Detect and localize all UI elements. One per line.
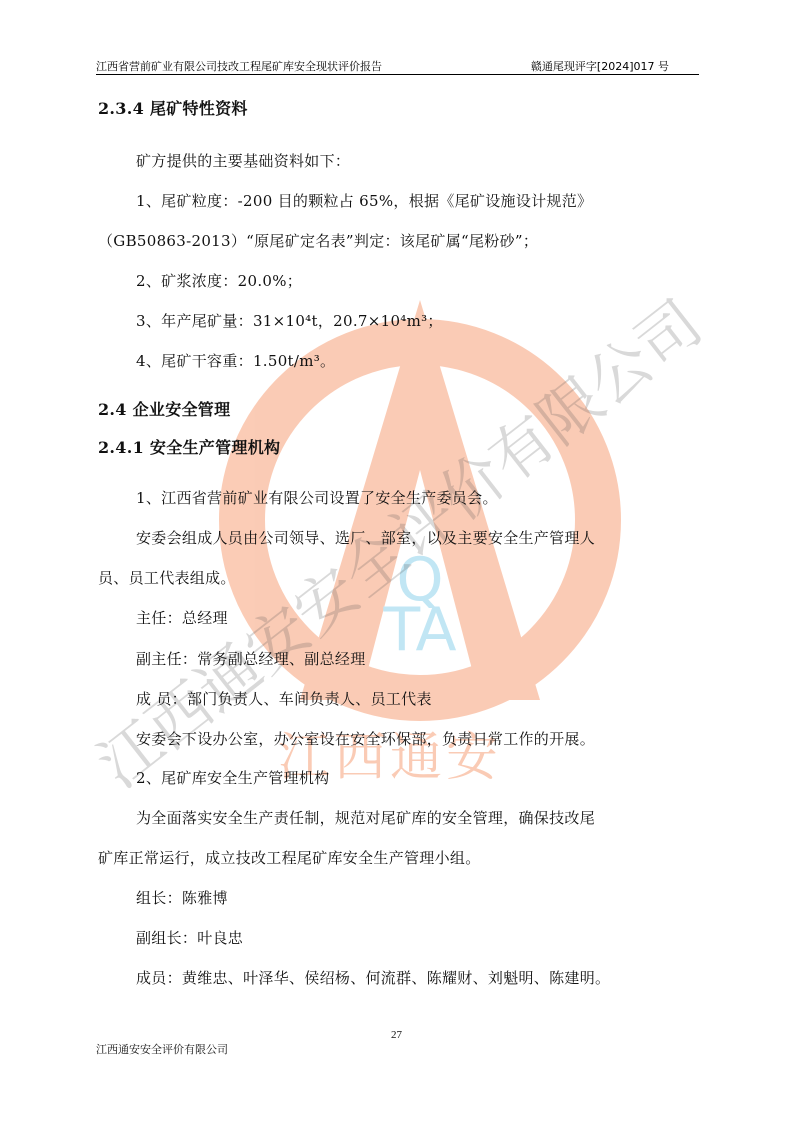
footer-company: 江西通安安全评价有限公司 (96, 1041, 228, 1057)
logo-ring-icon (242, 342, 598, 698)
report-number: 赣通尾现评字[2024]017 号 (531, 58, 669, 74)
paragraph: 安委会下设办公室，办公室设在安全环保部，负责日常工作的开展。 (136, 728, 595, 749)
paragraph: 3、年产尾矿量：31×10⁴t，20.7×10⁴m³； (136, 310, 443, 331)
paragraph: （GB50863-2013）“原尾矿定名表”判定：该尾矿属“尾粉砂”； (98, 230, 538, 251)
paragraph: 成 员：部门负责人、车间负责人、员工代表 (136, 688, 432, 709)
company-logo-watermark: Q TA 江西通安 江西通安安全评价有限公司 (0, 0, 793, 1122)
paragraph: 组长：陈雅博 (136, 887, 228, 908)
header-divider (96, 74, 699, 75)
paragraph: 副组长：叶良忠 (136, 927, 243, 948)
page-number: 27 (0, 1029, 793, 1041)
paragraph: 4、尾矿干容重：1.50t/m³。 (136, 350, 335, 371)
paragraph: 矿方提供的主要基础资料如下： (136, 150, 350, 171)
paragraph: 1、尾矿粒度：-200 目的颗粒占 65%，根据《尾矿设施设计规范》 (136, 190, 592, 211)
paragraph: 员、员工代表组成。 (98, 567, 236, 588)
paragraph: 成员：黄维忠、叶泽华、侯绍杨、何流群、陈耀财、刘魁明、陈建明。 (136, 967, 610, 988)
watermark-letter-q: Q (396, 545, 443, 615)
paragraph: 主任：总经理 (136, 607, 228, 628)
paragraph: 副主任：常务副总经理、副总经理 (136, 648, 366, 669)
paragraph: 2、矿浆浓度：20.0%； (136, 270, 302, 291)
paragraph: 为全面落实安全生产责任制，规范对尾矿库的安全管理，确保技改尾 (136, 807, 595, 828)
page-header: 江西省营前矿业有限公司技改工程尾矿库安全现状评价报告 赣通尾现评字[2024]0… (96, 55, 699, 75)
watermark-letter-ta: TA (382, 595, 456, 665)
report-title: 江西省营前矿业有限公司技改工程尾矿库安全现状评价报告 (96, 58, 382, 74)
section-heading-2-3-4: 2.3.4 尾矿特性资料 (98, 96, 248, 119)
section-heading-2-4: 2.4 企业安全管理 (98, 397, 230, 420)
section-heading-2-4-1: 2.4.1 安全生产管理机构 (98, 435, 280, 458)
paragraph: 矿库正常运行，成立技改工程尾矿库安全生产管理小组。 (98, 847, 481, 868)
document-page: 江西省营前矿业有限公司技改工程尾矿库安全现状评价报告 赣通尾现评字[2024]0… (0, 0, 793, 1122)
paragraph: 2、尾矿库安全生产管理机构 (136, 767, 329, 788)
paragraph: 1、江西省营前矿业有限公司设置了安全生产委员会。 (136, 487, 498, 508)
paragraph: 安委会组成人员由公司领导、选厂、部室，以及主要安全生产管理人 (136, 527, 595, 548)
